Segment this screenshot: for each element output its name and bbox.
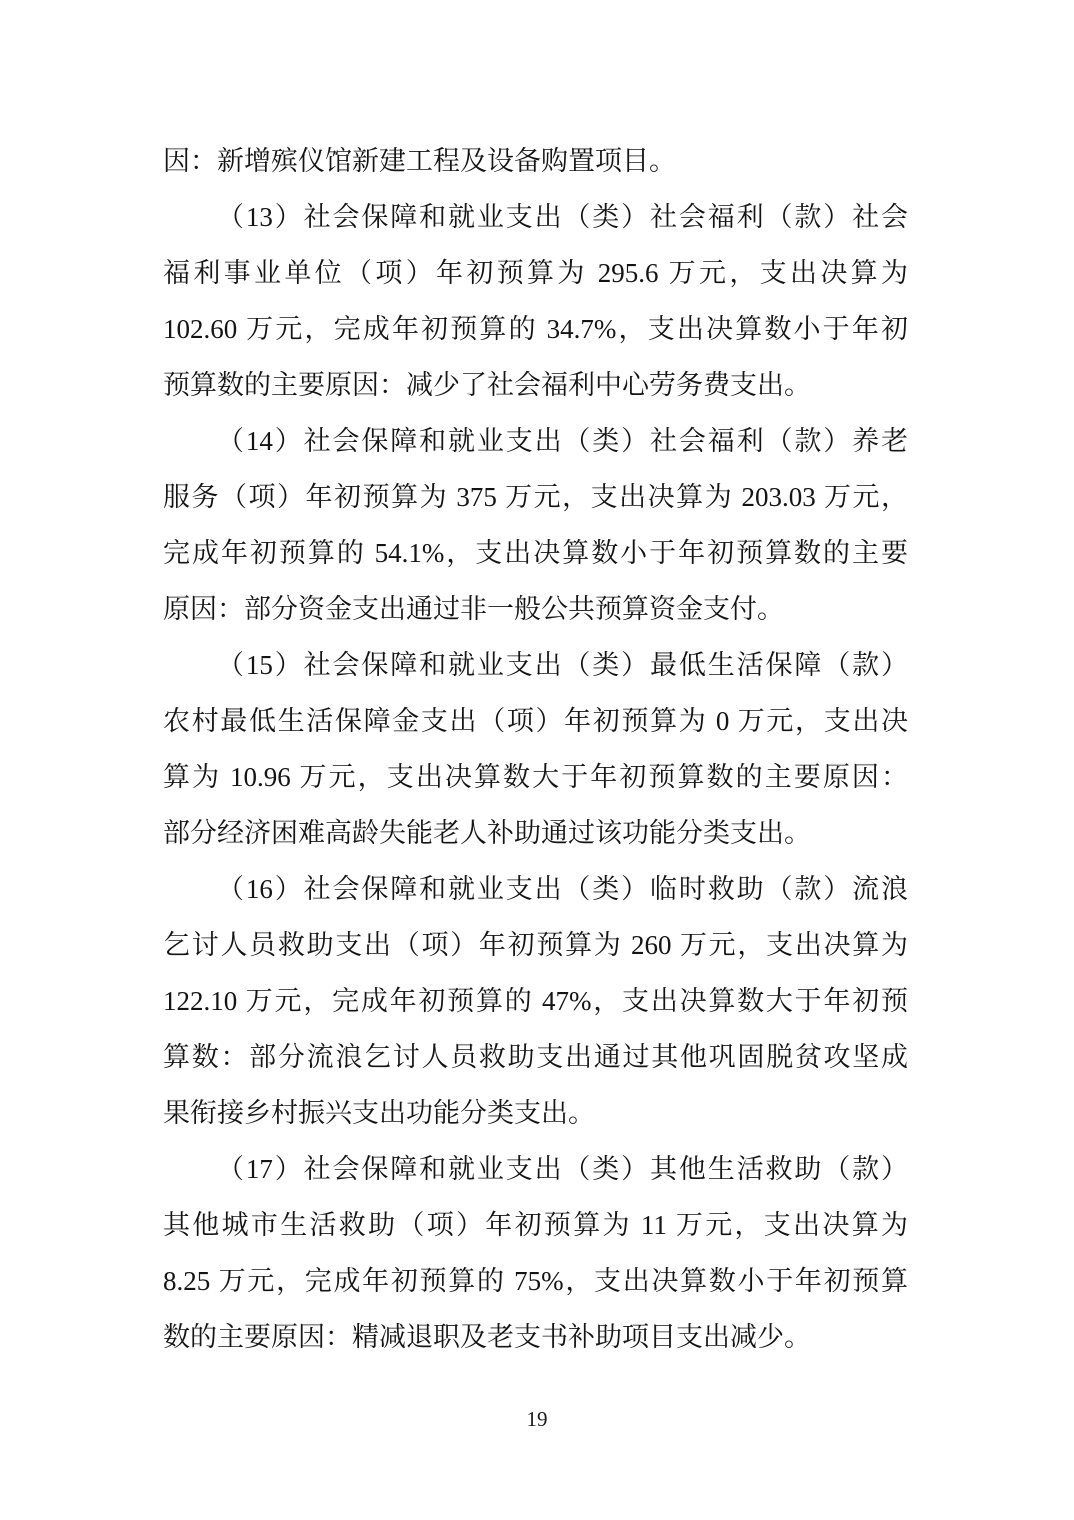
text-line: 乞讨人员救助支出（项）年初预算为 260 万元，支出决算为	[163, 917, 908, 973]
text-line: （14）社会保障和就业支出（类）社会福利（款）养老	[163, 413, 908, 469]
text-line: （13）社会保障和就业支出（类）社会福利（款）社会	[163, 189, 908, 245]
text-line: 果衔接乡村振兴支出功能分类支出。	[163, 1085, 908, 1141]
text-line: 因：新增殡仪馆新建工程及设备购置项目。	[163, 133, 908, 189]
document-body: 因：新增殡仪馆新建工程及设备购置项目。（13）社会保障和就业支出（类）社会福利（…	[163, 133, 908, 1365]
text-line: 算为 10.96 万元，支出决算数大于年初预算数的主要原因：	[163, 749, 908, 805]
text-line: 102.60 万元，完成年初预算的 34.7%，支出决算数小于年初	[163, 301, 908, 357]
text-line: （15）社会保障和就业支出（类）最低生活保障（款）	[163, 637, 908, 693]
text-line: 122.10 万元，完成年初预算的 47%，支出决算数大于年初预	[163, 973, 908, 1029]
text-line: 福利事业单位（项）年初预算为 295.6 万元，支出决算为	[163, 245, 908, 301]
text-line: 预算数的主要原因：减少了社会福利中心劳务费支出。	[163, 357, 908, 413]
text-line: 完成年初预算的 54.1%，支出决算数小于年初预算数的主要	[163, 525, 908, 581]
text-line: 其他城市生活救助（项）年初预算为 11 万元，支出决算为	[163, 1197, 908, 1253]
text-line: 部分经济困难高龄失能老人补助通过该功能分类支出。	[163, 805, 908, 861]
text-line: （17）社会保障和就业支出（类）其他生活救助（款）	[163, 1141, 908, 1197]
text-line: 农村最低生活保障金支出（项）年初预算为 0 万元，支出决	[163, 693, 908, 749]
text-line: 数的主要原因：精减退职及老支书补助项目支出减少。	[163, 1309, 908, 1365]
text-line: 原因：部分资金支出通过非一般公共预算资金支付。	[163, 581, 908, 637]
document-page: 因：新增殡仪馆新建工程及设备购置项目。（13）社会保障和就业支出（类）社会福利（…	[0, 0, 1074, 1520]
text-line: 算数：部分流浪乞讨人员救助支出通过其他巩固脱贫攻坚成	[163, 1029, 908, 1085]
text-line: 服务（项）年初预算为 375 万元，支出决算为 203.03 万元，	[163, 469, 908, 525]
text-line: （16）社会保障和就业支出（类）临时救助（款）流浪	[163, 861, 908, 917]
text-line: 8.25 万元，完成年初预算的 75%，支出决算数小于年初预算	[163, 1253, 908, 1309]
page-number: 19	[0, 1403, 1074, 1435]
